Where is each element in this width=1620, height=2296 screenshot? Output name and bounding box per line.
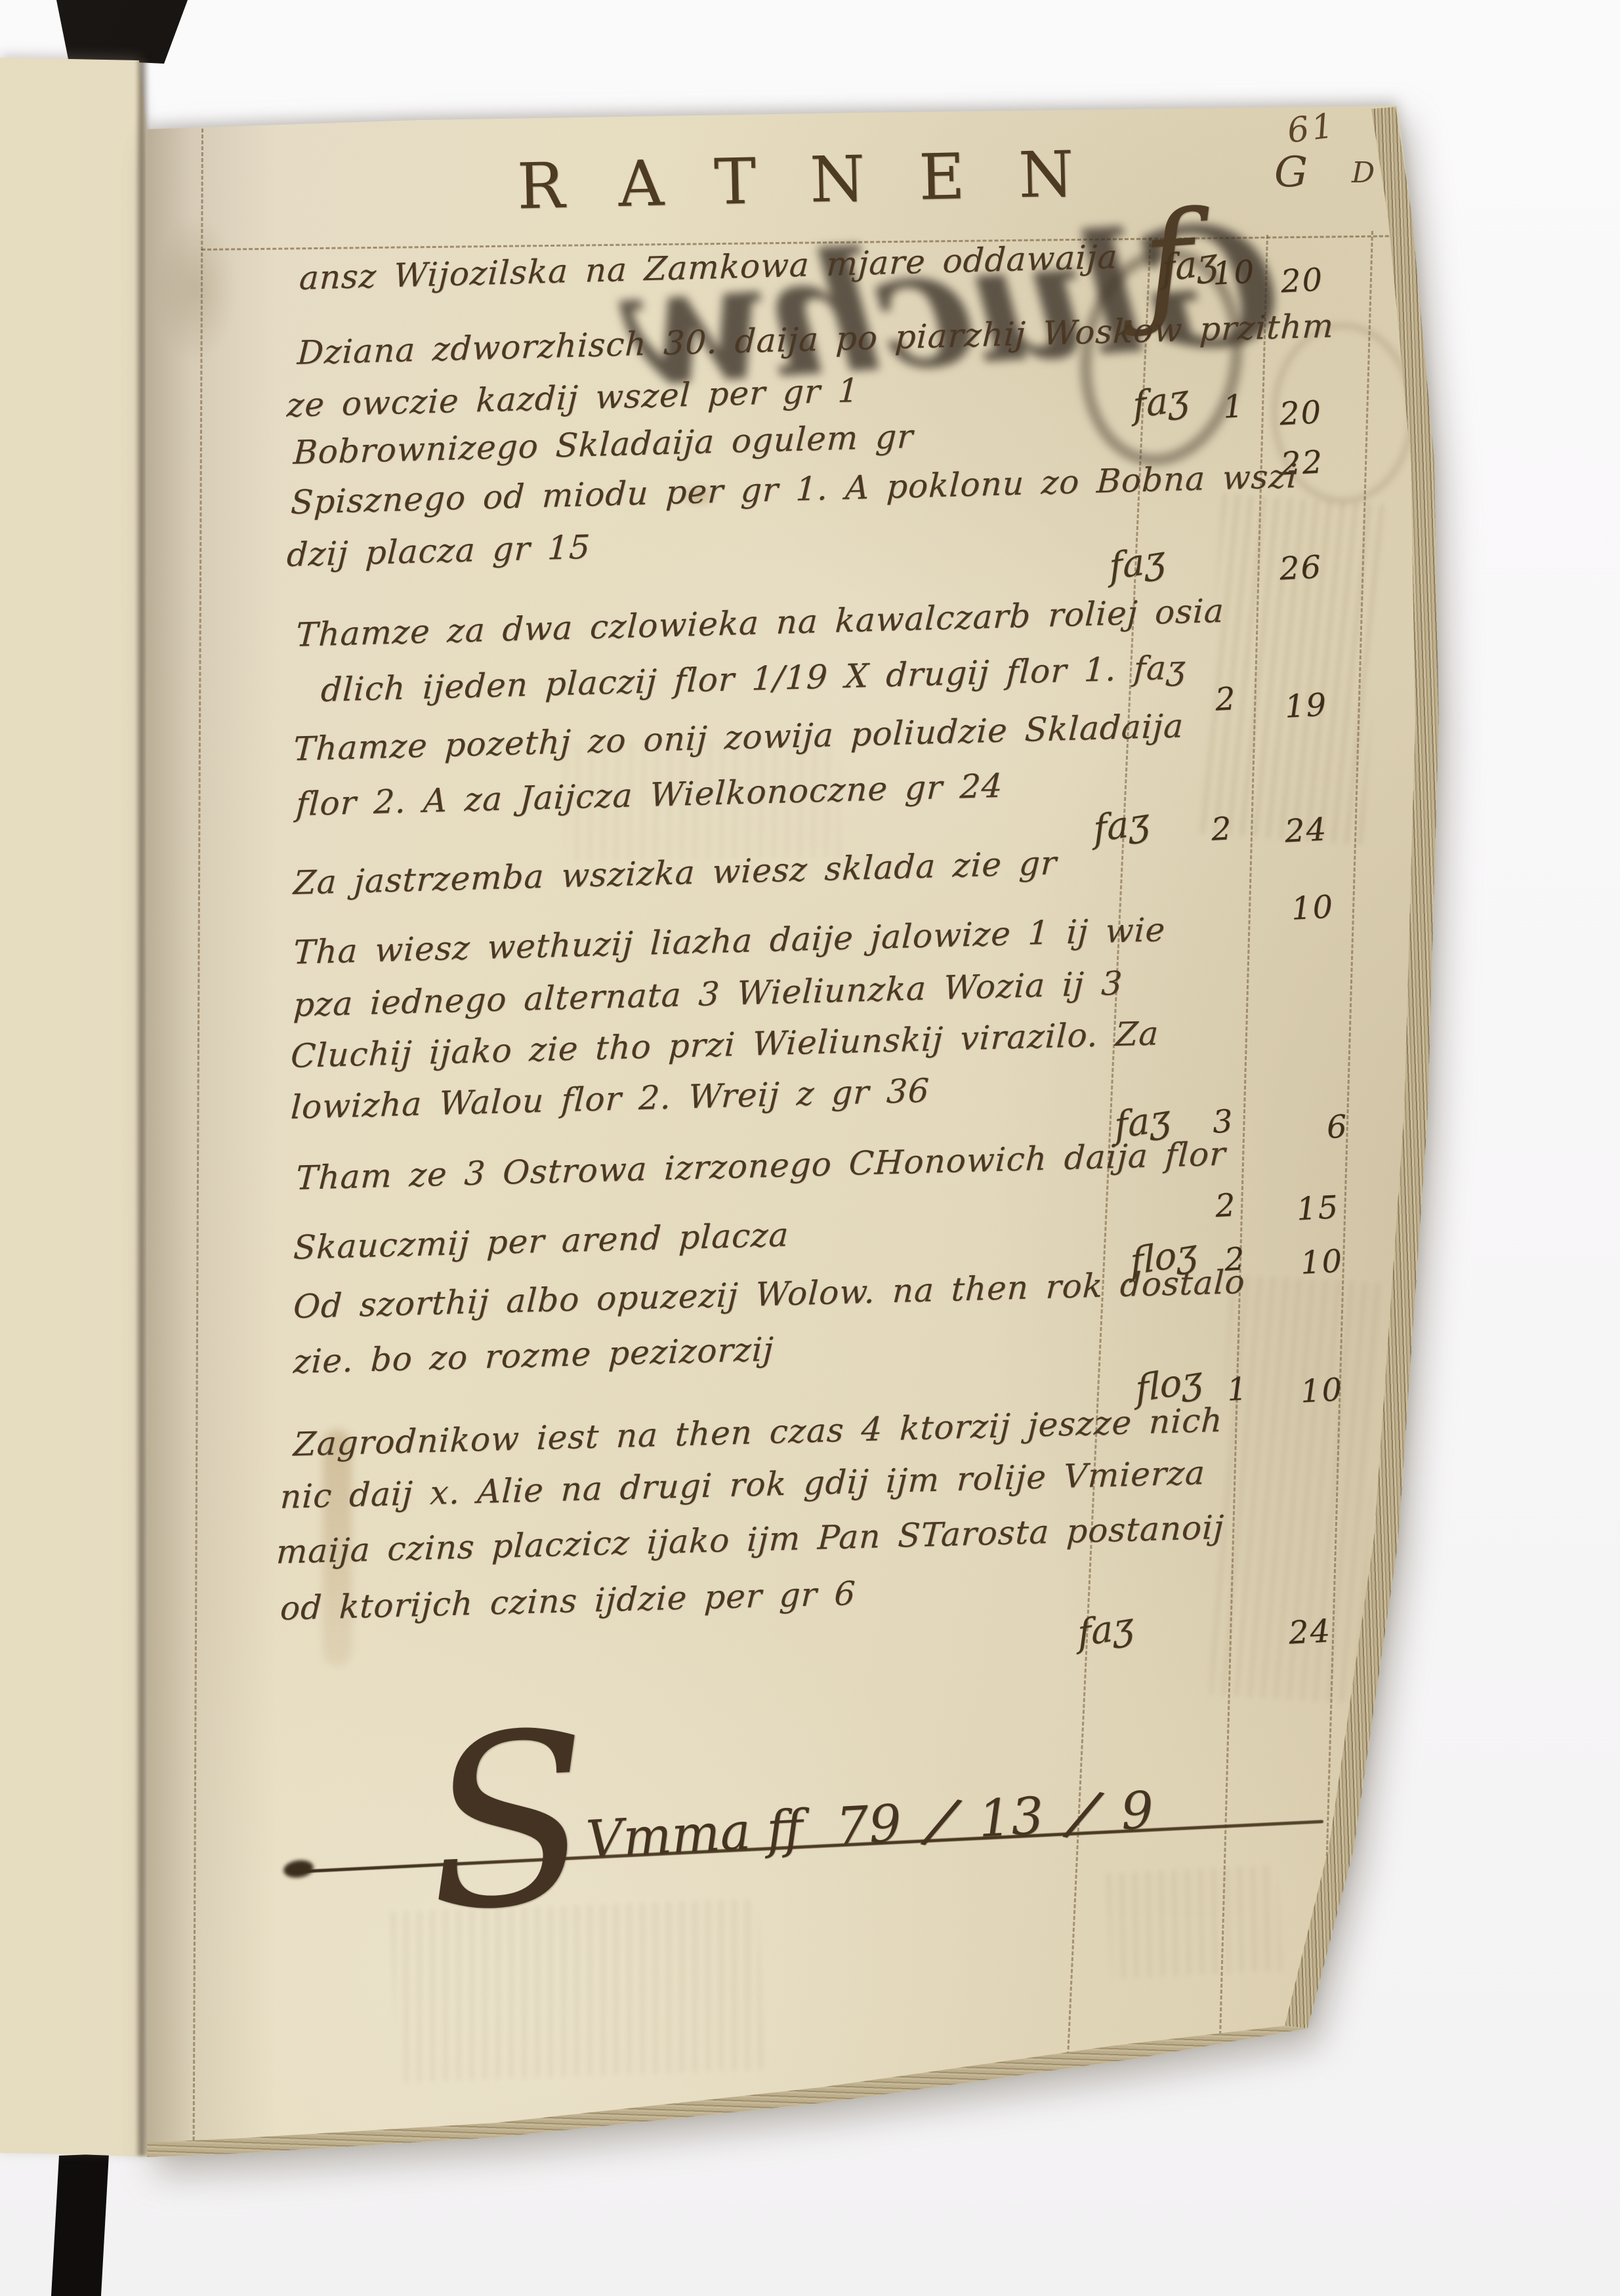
- facit-mark: faʒ: [1077, 1604, 1134, 1656]
- summa-grosze: 13: [977, 1787, 1045, 1849]
- grosze-value: 24: [1284, 811, 1329, 850]
- denar-column-header: D: [1352, 156, 1375, 190]
- grosze-value: 19: [1284, 686, 1329, 725]
- page-title: RATNEN: [516, 136, 1129, 223]
- grosze-value: 20: [1279, 394, 1323, 432]
- summa-initial: S: [421, 1681, 596, 1963]
- entry-line: dzij placza gr 15: [286, 530, 591, 573]
- facit-mark: faʒ: [1092, 800, 1150, 851]
- florins-value: 10: [1212, 253, 1257, 292]
- grosze-value: 10: [1300, 1242, 1344, 1281]
- grosze-value: 10: [1291, 888, 1335, 927]
- grosze-value: 10: [1300, 1371, 1344, 1410]
- florins-value: 1: [1222, 388, 1245, 426]
- showthrough-ghost: [1199, 493, 1386, 845]
- florins-value: 2: [1211, 810, 1234, 848]
- showthrough-ghost: [1106, 1865, 1282, 1978]
- facit-mark: faʒ: [1108, 537, 1166, 589]
- florins-value: 1: [1226, 1370, 1249, 1408]
- florins-value: 2: [1215, 680, 1237, 718]
- facit-mark: faʒ: [1161, 239, 1218, 291]
- summa-label: Vmma ff: [585, 1799, 804, 1870]
- summa-divider: /: [1065, 1775, 1102, 1851]
- paper-stain: [156, 216, 235, 361]
- recto-page: Gluchw 61 RATNEN ƒ G D ansz Wijozilska n…: [0, 0, 1620, 2296]
- manuscript-scan: { "document": { "folio_number": "61", "t…: [0, 0, 1620, 2296]
- recto-page-wrap: Gluchw 61 RATNEN ƒ G D ansz Wijozilska n…: [0, 0, 1620, 2296]
- grosze-value: 15: [1296, 1189, 1340, 1227]
- grosze-value: 26: [1279, 548, 1323, 587]
- facit-mark: faʒ: [1132, 376, 1190, 428]
- grosz-column-header: G: [1274, 148, 1308, 197]
- summa-denars: 9: [1119, 1781, 1155, 1841]
- grosze-value: 20: [1280, 261, 1325, 300]
- folio-number: 61: [1285, 106, 1339, 152]
- grosze-value: 24: [1288, 1612, 1333, 1651]
- florins-value: 2: [1215, 1187, 1237, 1225]
- gutter-shading: [146, 105, 290, 2158]
- summa-florins: 79: [835, 1794, 903, 1856]
- grosze-value: 6: [1326, 1108, 1349, 1146]
- summa-divider: /: [923, 1782, 960, 1858]
